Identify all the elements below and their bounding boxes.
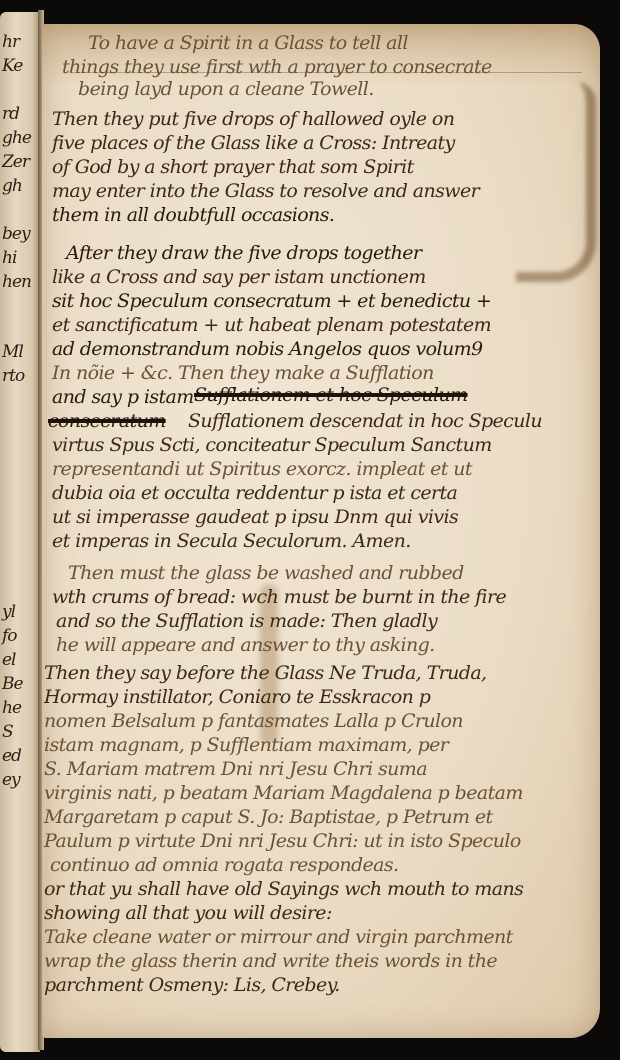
manuscript-line: Margaretam p caput S. Jo: Baptistae, p P… [44,806,493,828]
manuscript-line: Then must the glass be washed and rubbed [68,562,464,584]
left-page-fragment: ghe [2,128,31,148]
manuscript-line: ad demonstrandum nobis Angelos quos volu… [52,338,483,360]
manuscript-line: may enter into the Glass to resolve and … [52,180,479,202]
manuscript-line: five places of the Glass like a Cross: I… [52,132,455,154]
manuscript-line: To have a Spirit in a Glass to tell all [88,32,408,54]
left-page-fragment: Ke [2,56,22,76]
left-page-fragment: fo [2,626,17,646]
manuscript-line: things they use first wth a prayer to co… [62,56,492,78]
manuscript-line: parchment Osmeny: Lis, Crebey. [44,974,340,996]
manuscript-line: S. Mariam matrem Dni nri Jesu Chri suma [44,758,427,780]
manuscript-line: In nõie + &c. Then they make a Sufflatio… [52,362,434,384]
manuscript-line: he will appeare and answer to thy asking… [56,634,435,656]
left-page-fragment: Zer [2,152,29,172]
left-page-fragment: Ml [2,342,23,362]
left-page-fragment: el [2,650,16,670]
manuscript-line: After they draw the five drops together [66,242,421,264]
water-stain-right [516,82,596,282]
manuscript-line: wth crums of bread: wch must be burnt in… [52,586,506,608]
manuscript-line: continuo ad omnia rogata respondeas. [50,854,399,876]
manuscript-line: virginis nati, p beatam Mariam Magdalena… [44,782,523,804]
manuscript-line: them in all doubtfull occasions. [52,204,334,226]
manuscript-line: et imperas in Secula Seculorum. Amen. [52,530,411,552]
manuscript-line: showing all that you will desire: [44,902,332,924]
left-page-fragment: he [2,698,21,718]
manuscript-line: et sanctificatum + ut habeat plenam pote… [52,314,491,336]
manuscript-line: nomen Belsalum p fantasmates Lalla p Cru… [44,710,463,732]
left-page-fragment: rd [2,104,19,124]
left-page-fragment: S [2,722,13,742]
manuscript-line: consecratum [48,410,166,432]
manuscript-line: Sufflationem descendat in hoc Speculu [188,410,542,432]
left-page-fragment: yl [2,602,15,622]
left-page-fragment: ey [2,770,20,790]
manuscript-line: Hormay instillator, Coniaro te Esskracon… [44,686,430,708]
manuscript-line: being layd upon a cleane Towell. [78,78,374,100]
manuscript-line: Take cleane water or mirrour and virgin … [44,926,513,948]
manuscript-line: virtus Spus Scti, conciteatur Speculum S… [52,434,492,456]
manuscript-line: of God by a short prayer that som Spirit [52,156,414,178]
manuscript-page: To have a Spirit in a Glass to tell allt… [42,24,600,1038]
manuscript-line: Paulum p virtute Dni nri Jesu Chri: ut i… [44,830,521,852]
left-page-fragment: ed [2,746,21,766]
left-page-fragment: hr [2,32,19,52]
manuscript-line: Sufflationem et hoc Speculum [194,384,468,406]
manuscript-line: Then they say before the Glass Ne Truda,… [44,662,487,684]
left-page-fragment: rto [2,366,24,386]
left-page-fragment: bey [2,224,30,244]
manuscript-line: dubia oia et occulta reddentur p ista et… [52,482,457,504]
adjacent-left-page: hrKerdgheZerghbeyhihenMlrtoylfoelBeheSed… [0,12,40,1052]
left-page-fragment: hi [2,248,16,268]
left-page-fragment: gh [2,176,22,196]
manuscript-line: and so the Sufflation is made: Then glad… [56,610,437,632]
manuscript-line: wrap the glass therin and write theis wo… [44,950,497,972]
manuscript-line: sit hoc Speculum consecratum + et benedi… [52,290,491,312]
manuscript-line: representandi ut Spiritus exorcz. implea… [52,458,472,480]
left-page-fragment: Be [2,674,23,694]
manuscript-line: and say p istam [52,386,194,408]
manuscript-line: Then they put five drops of hallowed oyl… [52,108,454,130]
manuscript-line: ut si imperasse gaudeat p ipsu Dnm qui v… [52,506,458,528]
manuscript-line: istam magnam, p Sufflentiam maximam, per [44,734,448,756]
left-page-fragment: hen [2,272,31,292]
manuscript-line: or that yu shall have old Sayings wch mo… [44,878,523,900]
manuscript-line: like a Cross and say per istam unctionem [52,266,426,288]
